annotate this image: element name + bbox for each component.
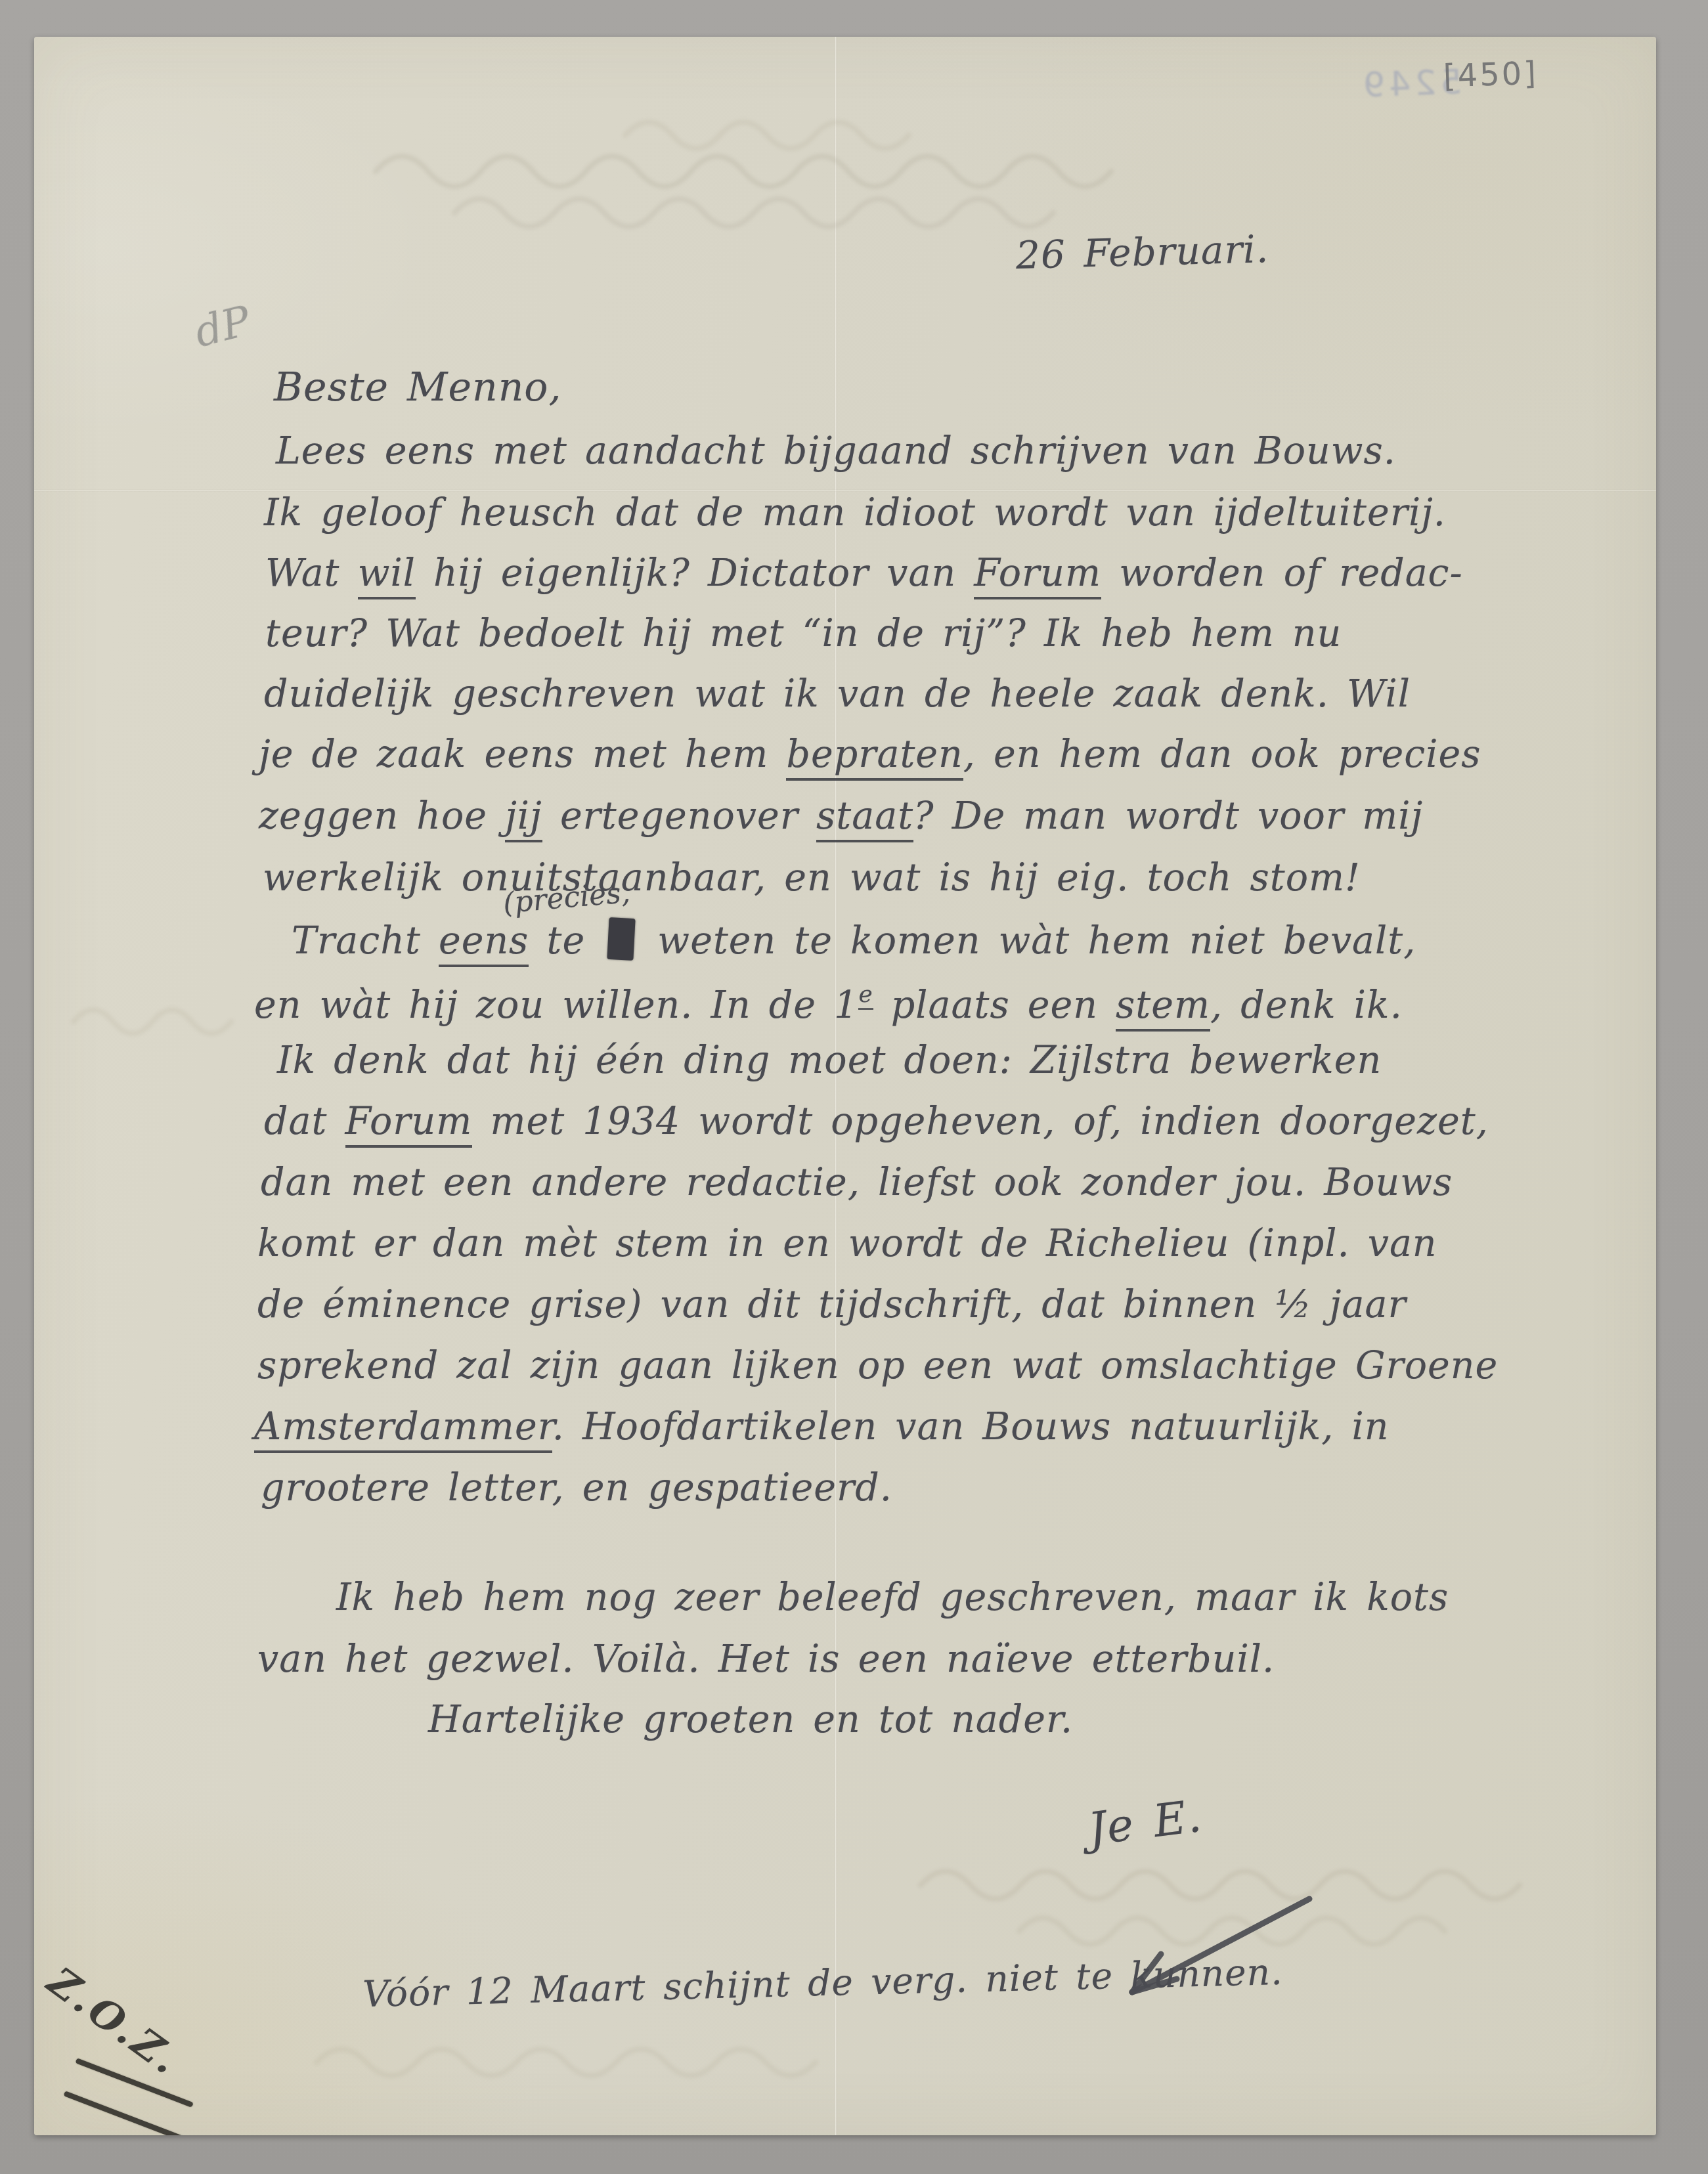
scan-background: { "annotations": { "page_number": "[450]… [0, 0, 1708, 2174]
letter-page: 5249 [450] dP 26 Februari. Beste Menno, … [34, 37, 1656, 2135]
signature-flourish [34, 37, 1656, 2135]
